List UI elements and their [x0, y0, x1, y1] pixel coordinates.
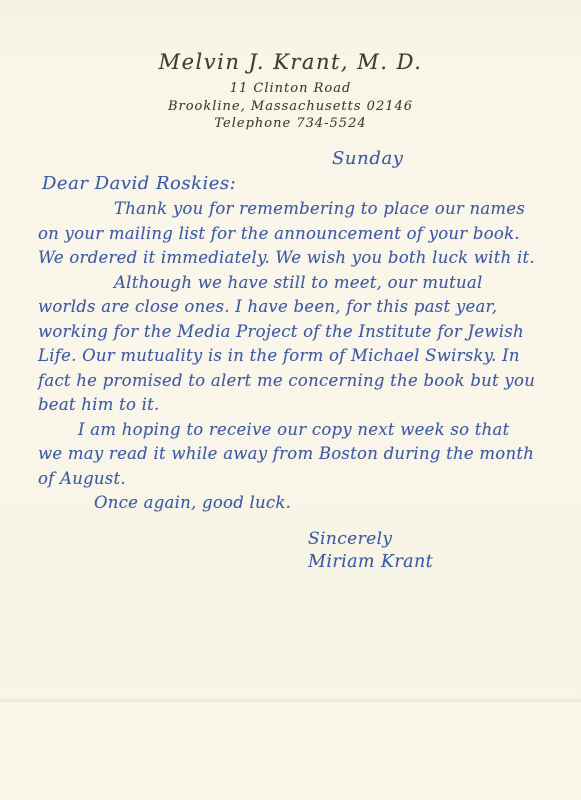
salutation: Dear David Roskies: — [42, 173, 236, 194]
letter-paragraph: Thank you for remembering to place our n… — [38, 197, 538, 271]
letterhead-address-line2: Brookline, Massachusetts 02146 — [0, 98, 581, 116]
letterhead-address-line1: 11 Clinton Road — [0, 80, 581, 98]
letter-paragraph: Although we have still to meet, our mutu… — [38, 271, 538, 418]
letter-page: Melvin J. Krant, M. D. 11 Clinton Road B… — [0, 0, 581, 800]
closing-block: Sincerely Miriam Krant — [308, 528, 433, 574]
letter-body: Thank you for remembering to place our n… — [38, 197, 538, 516]
signature: Miriam Krant — [308, 551, 433, 574]
closing: Sincerely — [308, 528, 433, 551]
letterhead: Melvin J. Krant, M. D. 11 Clinton Road B… — [0, 50, 581, 133]
letter-date: Sunday — [332, 148, 404, 169]
letter-paragraph: Once again, good luck. — [38, 491, 538, 516]
paper-fold-crease — [0, 698, 581, 704]
letterhead-telephone: Telephone 734-5524 — [0, 115, 581, 133]
letterhead-name: Melvin J. Krant, M. D. — [0, 50, 581, 74]
letter-paragraph: I am hoping to receive our copy next wee… — [38, 418, 538, 492]
